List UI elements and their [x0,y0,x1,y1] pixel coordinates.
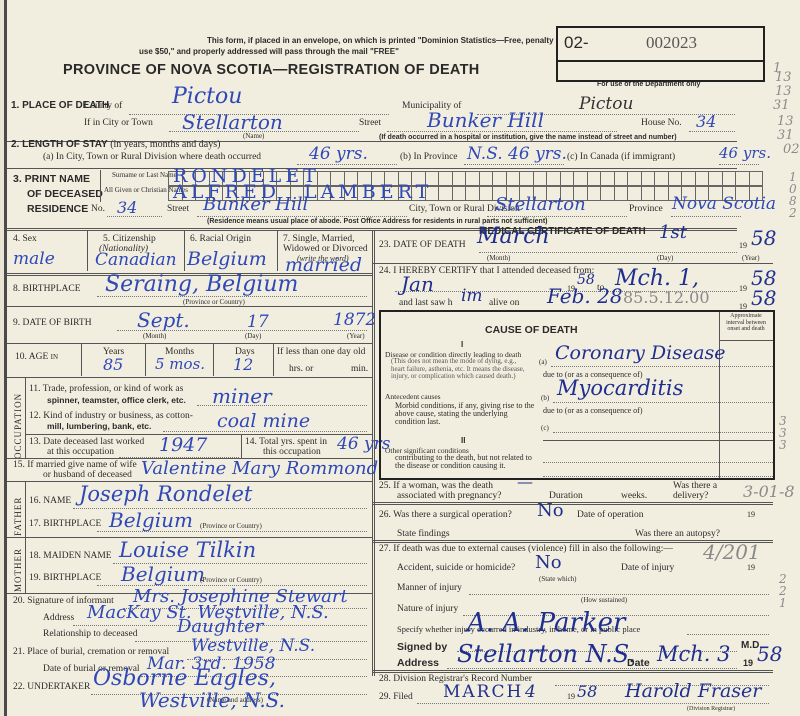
q23-month-hint: (Month) [487,254,510,262]
municipality-value: Pictou [579,94,633,114]
accident-label: Accident, suicide or homicide? [397,563,515,573]
father-birthplace-hint: (Province or Country) [200,522,262,530]
margin-code-3: 31 [773,98,790,113]
last-saw-suffix: im [461,286,483,306]
dob-year-hint: (Year) [347,332,365,340]
dob-day: 17 [247,312,269,332]
racial-origin-value: Belgium [187,248,267,270]
due-to-b: due to (or as a consequence of) [543,406,643,415]
undertaker-value-line2: Westville, N.S. [139,688,285,712]
state-which-hint: (State which) [539,575,577,583]
spouse-value: Valentine Mary Rommond [141,458,378,479]
burial-place-label: 21. Place of burial, cremation or remova… [13,647,169,657]
q12-value: coal mine [217,410,310,432]
nature-label: Nature of injury [397,604,458,614]
undertaker-label: 22. UNDERTAKER [13,682,90,692]
birthplace-label: 8. BIRTHPLACE [13,284,81,294]
op-date-label: Date of operation [577,510,643,520]
given-label: All Given or Christian Names [104,186,168,194]
county-value: Pictou [172,84,242,109]
informant-address-label: Address [43,613,74,623]
father-name-label: 16. NAME [29,496,71,506]
q24-to-century: 19 [739,284,747,293]
signed-date-year: 58 [757,642,782,666]
op-date-century: 19 [747,510,755,519]
injury-date-label: Date of injury [621,563,674,573]
dept-use-label: For use of the Department only [597,81,700,88]
interval-header: Approximate interval between onset and d… [721,313,771,333]
antecedent-label: Antecedent causes [385,392,441,401]
relationship-value: Daughter [177,616,263,637]
reg-prefix: 02- [564,33,589,53]
registrar-signature: Harold Fraser [625,680,761,702]
signed-date-century: 19 [743,658,753,668]
q13-hint: at this occupation [47,447,114,457]
q27-label: 27. If death was due to external causes … [379,544,673,554]
manner-label: Manner of injury [397,583,462,593]
mail-notice-line1: This form, if placed in an envelope, on … [207,36,603,45]
section-length-of-stay: 2. LENGTH OF STAY [11,139,108,150]
delivery-label: Was there a delivery? [673,481,723,501]
cause-c-label: (c) [541,424,549,432]
q25-label2: associated with pregnancy? [397,491,501,501]
stay-a-value: 46 yrs. [309,144,368,164]
father-name-value: Joseph Rondelet [79,482,252,506]
margin-code-2: 13 [775,84,792,99]
burial-place-value: Westville, N.S. [191,636,315,656]
sex-value: male [13,249,55,269]
margin-code-6: 02 [783,142,800,157]
birthplace-hint: (Province or Country) [183,298,245,306]
cause-a-value: Coronary Disease [555,342,726,364]
q23-year: 58 [751,226,776,250]
registrar-hint: (Division Registrar) [687,706,735,712]
sex-label: 4. Sex [13,234,37,244]
section-place-of-death: 1. PLACE OF DEATH [11,100,59,111]
stay-b-label: (b) In Province [400,152,458,162]
street-value: Bunker Hill [427,108,544,132]
q12-label: 12. Kind of industry or business, as cot… [29,411,193,421]
dob-label: 9. DATE OF BIRTH [13,318,92,328]
residence-no-label: No. [91,204,105,214]
dob-month: Sept. [137,308,190,332]
injury-date-century: 19 [747,563,755,572]
stay-b-value: N.S. 46 yrs. [467,144,567,164]
birthplace-value: Seraing, Belgium [105,272,298,297]
residence-street-value: Bunker Hill [203,194,308,215]
q23-day-hint: (Day) [657,254,673,262]
residence-street-label: Street [167,204,189,214]
how-sustained-hint: (How sustained) [581,596,627,604]
residence-no-value: 34 [117,198,137,217]
street-label: Street [359,118,381,128]
surname-label: Surname or Last Name [112,171,164,179]
citizenship-label: 5. Citizenship [103,234,156,244]
dob-day-hint: (Day) [245,332,261,340]
margin-code-5: 31 [777,128,794,143]
residence-province-value: Nova Scotia [672,194,776,214]
city-value: Stellarton [182,110,283,134]
residence-city-value: Stellarton [495,194,586,215]
autopsy-label: Was there an autopsy? [635,529,720,539]
margin-code-13: 3 [779,438,787,452]
father-side-label: FATHER [13,484,23,536]
stay-c-label: (c) In Canada (if immigrant) [567,152,675,162]
q12-hint: mill, lumbering, bank, etc. [47,421,151,431]
q24-from: Jan [401,272,434,296]
q25-label: 25. If a woman, was the death [379,481,493,491]
alive-year: 58 [751,286,776,310]
cause-b-label: (b) [541,394,549,402]
hrs-label: hrs. or [289,364,313,374]
mother-birthplace-value: Belgium [121,562,205,586]
city-label: If in City or Town [84,118,153,128]
address-label: Address [397,657,439,669]
stay-c-value: 46 yrs. [719,144,771,162]
immediate-cause-hint: (This does not mean the mode of dying, e… [391,358,531,381]
section-name-1: 3. PRINT NAME [13,173,90,185]
filed-month: MARCH [443,682,523,702]
part-i: I [461,340,463,349]
spouse-label-2: or husband of deceased [43,470,132,480]
q23-century: 19 [739,241,747,250]
stay-a-label: (a) In City, Town or Rural Division wher… [43,152,261,162]
cause-a-label: (a) [539,358,547,366]
signed-address-value: Stellarton N.S. [457,640,636,668]
q29-label: 29. Filed [379,692,413,702]
antecedent-hint: Morbid conditions, if any, giving rise t… [395,402,539,426]
reg-number: 002023 [646,33,697,53]
hospital-note: (If death occurred in a hospital or inst… [379,134,677,141]
citizenship-value: Canadian [95,250,177,270]
dob-month-hint: (Month) [143,332,166,340]
racial-origin-label: 6. Racial Origin [190,234,251,244]
cause-title: CAUSE OF DEATH [485,324,578,336]
q25-value: — [517,472,533,491]
house-value: 34 [696,112,716,131]
signed-date-value: Mch. 3 [657,642,731,666]
mother-name-value: Louise Tilkin [119,538,256,562]
death-registration-form: This form, if placed in an envelope, on … [4,0,800,716]
q11-hint: spinner, teamster, office clerk, etc. [47,395,186,405]
accident-value: No [535,552,562,573]
less-than-day-label: If less than one day old [277,347,365,357]
spouse-label-1: 15. If married give name of wife [13,460,137,470]
q23-label: 23. DATE OF DEATH [379,240,466,250]
signed-by-value: A. A. Parker [467,608,625,638]
mail-notice-line2: use $50," and properly addressed will pa… [139,47,399,56]
q13-value: 1947 [159,434,207,456]
q14-hint: this occupation [263,447,321,457]
mother-birthplace-label: 19. BIRTHPLACE [29,573,101,583]
last-saw-label: and last saw h [399,298,453,308]
q26-value: No [537,500,564,521]
findings-label: State findings [397,529,450,539]
residence-label: RESIDENCE [27,203,88,215]
date-label: Date [627,657,650,669]
age-label: 10. AGE in [15,352,58,362]
margin-code-16: 1 [779,596,787,610]
q11-value: miner [212,384,272,408]
q25-pencil-code: 3-01-8 [743,482,795,501]
occupation-side-label: OCCUPATION [13,384,23,459]
min-label: min. [351,364,368,374]
pencil-code: 85.5.12.00 [623,288,710,307]
margin-code-1: 13 [775,70,792,85]
mother-side-label: MOTHER [13,540,23,592]
other-conditions-hint: contributing to the death, but not relat… [395,454,539,470]
q27-pencil-code: 4/201 [703,540,761,564]
filed-century: 19 [567,692,575,701]
residence-province-label: Province [629,204,663,214]
signed-by-label: Signed by [397,641,447,653]
length-hint: (in years, months and days) [110,139,220,150]
alive-label: alive on [489,298,519,308]
section-name-2: OF DECEASED [27,188,103,200]
mother-birthplace-hint: (Province or Country) [200,576,262,584]
cause-b-value: Myocarditis [557,376,683,400]
q23-year-hint: (Year) [742,254,760,262]
age-months-value: 5 mos. [155,355,205,373]
house-label: House No. [641,118,682,128]
part-ii: II [461,436,465,445]
weeks-label: weeks. [621,491,647,501]
page-title: PROVINCE OF NOVA SCOTIA—REGISTRATION OF … [63,62,480,78]
dob-year: 1872 [333,310,376,330]
registration-number-box: 02- 002023 [556,26,765,82]
marital-label: 7. Single, Married, Widowed or Divorced [283,234,371,254]
margin-code-10: 2 [789,206,797,220]
q23-day: 1st [659,222,687,243]
county-label: County of [84,101,122,111]
q14-label: 14. Total yrs. spent in [245,437,327,447]
q23-month: March [477,224,550,249]
q26-label: 26. Was there a surgical operation? [379,510,512,520]
margin-code-4: 13 [777,114,794,129]
cause-of-death-box: Approximate interval between onset and d… [379,310,775,480]
age-days-value: 12 [233,355,253,374]
filed-year: 58 [577,682,597,701]
father-birthplace-label: 17. BIRTHPLACE [29,519,101,529]
father-birthplace-value: Belgium [109,508,193,532]
alive-value: Feb. 28 [547,284,623,308]
filed-day: 4 [525,682,536,702]
q13-label: 13. Date deceased last worked [29,437,144,447]
q11-label: 11. Trade, profession, or kind of work a… [29,384,183,394]
relationship-label: Relationship to deceased [43,629,137,639]
age-years-value: 85 [103,355,123,374]
name-hint: (Name) [243,132,264,140]
mother-name-label: 18. MAIDEN NAME [29,551,112,561]
